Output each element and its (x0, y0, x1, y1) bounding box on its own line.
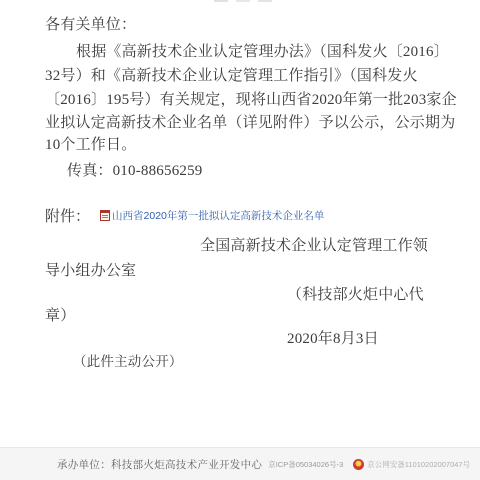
seal-note-line-2: 章） (45, 304, 75, 325)
disclosure-note: （此件主动公开） (73, 350, 183, 370)
attachment-label: 附件： (45, 205, 90, 226)
seal-note-line-1: （科技部火炬中心代 (287, 283, 424, 304)
signature-date: 2020年8月3日 (287, 327, 379, 348)
body-line-5: 10个工作日。 (45, 133, 136, 154)
body-line-4: 业拟认定高新技术企业名单（详见附件）予以公示，公示期为 (45, 111, 455, 132)
signature-org-line-2: 导小组办公室 (45, 259, 136, 280)
security-record-link[interactable]: 京公网安备11010202007047号 (367, 459, 470, 470)
footer-bar: 承办单位：科技部火炬高技术产业开发中心 京ICP备05034026号-3 ★ 京… (0, 447, 480, 480)
clipped-text-above-artifact (214, 0, 228, 2)
salutation: 各有关单位： (45, 13, 136, 34)
body-line-1: 根据《高新技术企业认定管理办法》（国科发火〔2016〕 (76, 40, 449, 61)
body-line-2: 32号）和《高新技术企业认定管理工作指引》（国科发火 (45, 64, 418, 85)
body-line-3: 〔2016〕195号）有关规定，现将山西省2020年第一批203家企 (45, 88, 457, 109)
notice-page: 各有关单位： 根据《高新技术企业认定管理办法》（国科发火〔2016〕 32号）和… (0, 0, 480, 480)
footer-organizer: 承办单位：科技部火炬高技术产业开发中心 (57, 457, 262, 472)
icp-record-link[interactable]: 京ICP备05034026号-3 (268, 459, 343, 470)
signature-org-line-1: 全国高新技术企业认定管理工作领 (200, 234, 428, 255)
fax-line: 传真：010-88656259 (67, 159, 203, 180)
attachment-link[interactable]: 山西省2020年第一批拟认定高新技术企业名单 (112, 208, 324, 223)
document-icon (100, 210, 110, 221)
attachment-row: 附件： 山西省2020年第一批拟认定高新技术企业名单 (45, 205, 324, 226)
national-emblem-icon: ★ (353, 459, 364, 470)
